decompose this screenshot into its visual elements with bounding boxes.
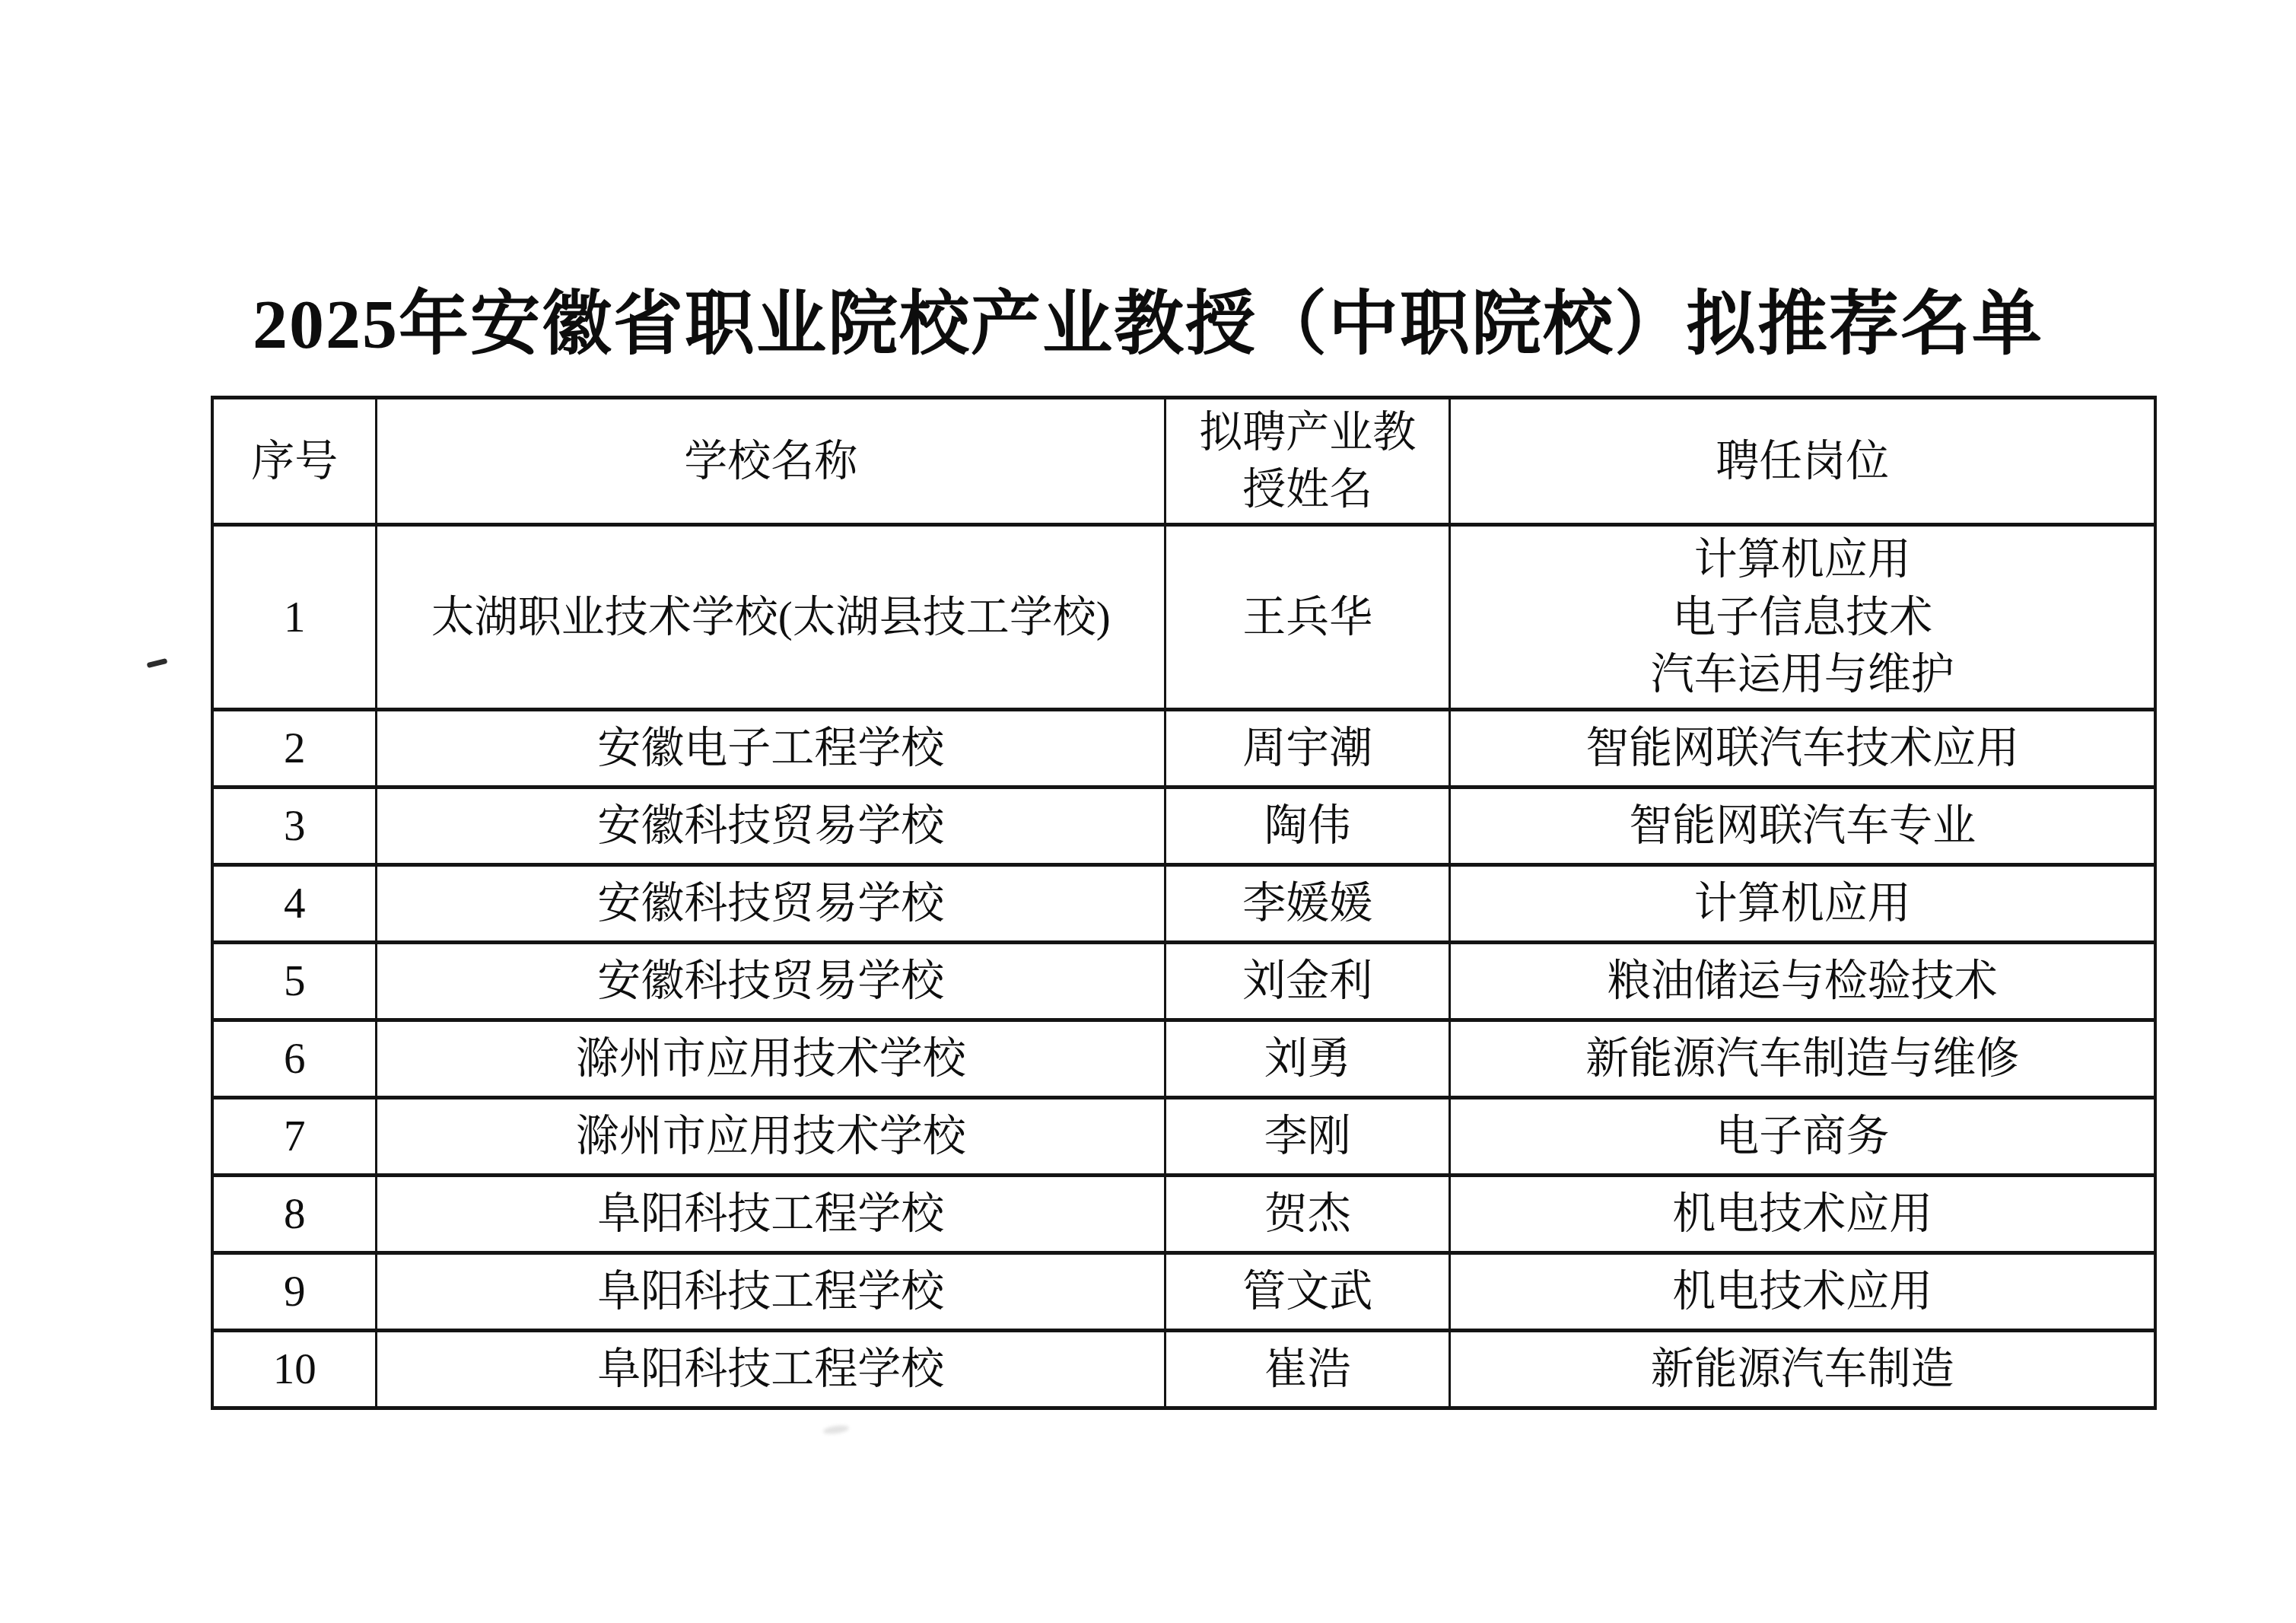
cell-no: 8 (212, 1176, 377, 1253)
cell-position: 机电技术应用 (1450, 1253, 2155, 1331)
cell-position: 粮油储运与检验技术 (1450, 943, 2155, 1020)
cell-no: 5 (212, 943, 377, 1020)
cell-no: 4 (212, 865, 377, 943)
cell-name: 刘勇 (1165, 1020, 1450, 1098)
cell-school: 滁州市应用技术学校 (377, 1020, 1165, 1098)
table-header-row: 序号 学校名称 拟聘产业教 授姓名 聘任岗位 (212, 398, 2155, 525)
table-row: 9 阜阳科技工程学校 管文武 机电技术应用 (212, 1253, 2155, 1331)
scanned-page: 2025年安徽省职业院校产业教授（中职院校）拟推荐名单 序号 学校名称 拟聘产业… (0, 0, 2296, 1623)
cell-no: 2 (212, 710, 377, 788)
cell-school: 安徽科技贸易学校 (377, 943, 1165, 1020)
cell-name: 李刚 (1165, 1098, 1450, 1176)
cell-school: 安徽电子工程学校 (377, 710, 1165, 788)
document-title: 2025年安徽省职业院校产业教授（中职院校）拟推荐名单 (0, 268, 2296, 368)
cell-school: 阜阳科技工程学校 (377, 1176, 1165, 1253)
header-position: 聘任岗位 (1450, 398, 2155, 525)
cell-name: 李媛媛 (1165, 865, 1450, 943)
cell-name: 管文武 (1165, 1253, 1450, 1331)
table-row: 10 阜阳科技工程学校 崔浩 新能源汽车制造 (212, 1331, 2155, 1408)
stray-pen-mark (147, 658, 168, 668)
cell-name: 陶伟 (1165, 788, 1450, 865)
cell-position: 计算机应用 (1450, 865, 2155, 943)
cell-no: 9 (212, 1253, 377, 1331)
cell-name: 贺杰 (1165, 1176, 1450, 1253)
cell-no: 10 (212, 1331, 377, 1408)
recommendation-table: 序号 学校名称 拟聘产业教 授姓名 聘任岗位 1 太湖职业技术学校(太湖县技工学… (211, 396, 2157, 1410)
cell-position: 机电技术应用 (1450, 1176, 2155, 1253)
table-row: 2 安徽电子工程学校 周宇潮 智能网联汽车技术应用 (212, 710, 2155, 788)
table-row: 4 安徽科技贸易学校 李媛媛 计算机应用 (212, 865, 2155, 943)
cell-name: 王兵华 (1165, 525, 1450, 710)
cell-position: 计算机应用 电子信息技术 汽车运用与维护 (1450, 525, 2155, 710)
cell-school: 阜阳科技工程学校 (377, 1331, 1165, 1408)
cell-name: 刘金利 (1165, 943, 1450, 1020)
cell-school: 太湖职业技术学校(太湖县技工学校) (377, 525, 1165, 710)
header-no: 序号 (212, 398, 377, 525)
table-row: 3 安徽科技贸易学校 陶伟 智能网联汽车专业 (212, 788, 2155, 865)
cell-position: 新能源汽车制造与维修 (1450, 1020, 2155, 1098)
cell-position: 电子商务 (1450, 1098, 2155, 1176)
cell-no: 6 (212, 1020, 377, 1098)
cell-school: 阜阳科技工程学校 (377, 1253, 1165, 1331)
cell-name: 周宇潮 (1165, 710, 1450, 788)
cell-no: 3 (212, 788, 377, 865)
cell-no: 1 (212, 525, 377, 710)
cell-position: 智能网联汽车技术应用 (1450, 710, 2155, 788)
cell-position: 新能源汽车制造 (1450, 1331, 2155, 1408)
cell-school: 滁州市应用技术学校 (377, 1098, 1165, 1176)
table-row: 8 阜阳科技工程学校 贺杰 机电技术应用 (212, 1176, 2155, 1253)
cell-name: 崔浩 (1165, 1331, 1450, 1408)
cell-position: 智能网联汽车专业 (1450, 788, 2155, 865)
header-professor: 拟聘产业教 授姓名 (1165, 398, 1450, 525)
table-row: 5 安徽科技贸易学校 刘金利 粮油储运与检验技术 (212, 943, 2155, 1020)
table-row: 7 滁州市应用技术学校 李刚 电子商务 (212, 1098, 2155, 1176)
header-school: 学校名称 (377, 398, 1165, 525)
scan-smudge-mark (822, 1424, 849, 1436)
cell-no: 7 (212, 1098, 377, 1176)
cell-school: 安徽科技贸易学校 (377, 865, 1165, 943)
cell-school: 安徽科技贸易学校 (377, 788, 1165, 865)
table-row: 6 滁州市应用技术学校 刘勇 新能源汽车制造与维修 (212, 1020, 2155, 1098)
table-row: 1 太湖职业技术学校(太湖县技工学校) 王兵华 计算机应用 电子信息技术 汽车运… (212, 525, 2155, 710)
